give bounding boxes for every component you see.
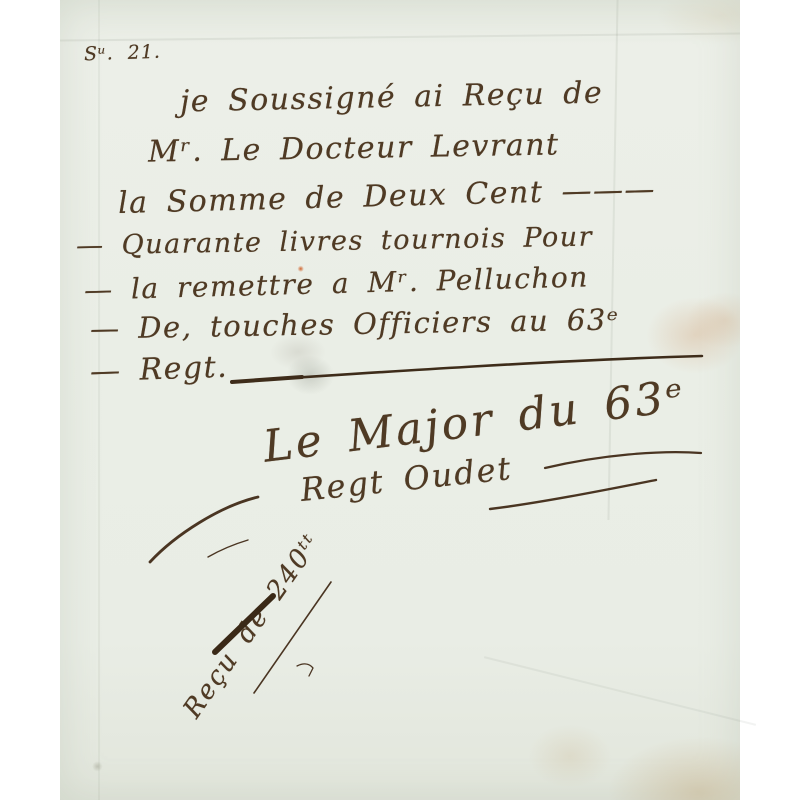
rule-stroke-thick-end xyxy=(232,377,302,382)
small-tick xyxy=(297,664,313,676)
paper-crease xyxy=(607,0,618,520)
paper-crease xyxy=(98,0,100,800)
corner-number: Sᵘ. 21. xyxy=(84,41,162,66)
flourish-stroke xyxy=(150,497,258,562)
manuscript-line-4: — Quarante livres tournois Pour xyxy=(76,221,594,261)
paper-crease xyxy=(60,32,740,41)
manuscript-line-5: — la remettre a Mʳ. Pelluchon xyxy=(84,260,590,306)
manuscript-line-1: je Soussigné ai Reçu de xyxy=(180,76,604,120)
diagonal-amount-note: Reçu de 240ᵗᵗ xyxy=(178,528,327,723)
manuscript-line-7: — Regt. xyxy=(89,350,228,390)
paper-crease xyxy=(484,656,756,726)
manuscript-paper: Sᵘ. 21. je Soussigné ai Reçu de Mʳ. Le D… xyxy=(60,0,740,800)
flourish-stroke-small xyxy=(208,540,248,557)
manuscript-line-2: Mʳ. Le Docteur Levrant xyxy=(148,127,560,169)
manuscript-line-3: la Somme de Deux Cent ——— xyxy=(118,172,657,221)
signature-underline xyxy=(490,480,656,509)
scan-background: Sᵘ. 21. je Soussigné ai Reçu de Mʳ. Le D… xyxy=(0,0,800,800)
manuscript-line-6: — De, touches Officiers au 63ᵉ xyxy=(90,302,620,345)
signature-dash xyxy=(545,452,701,468)
